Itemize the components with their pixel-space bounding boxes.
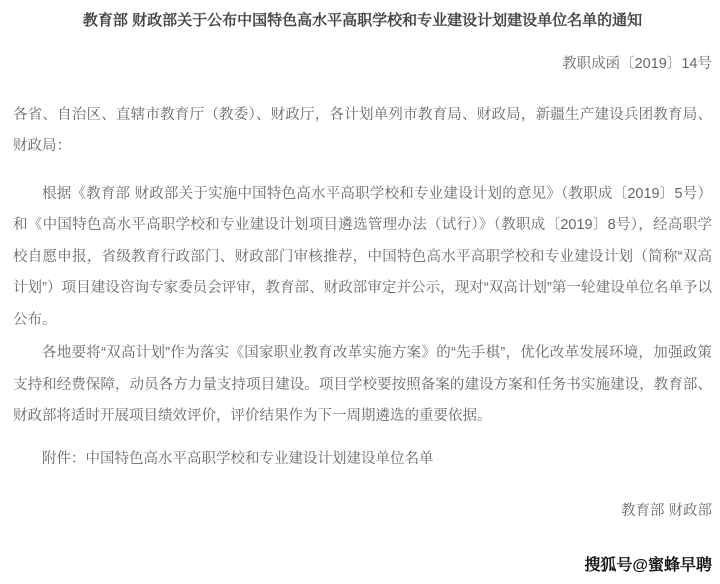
document-title: 教育部 财政部关于公布中国特色高水平高职学校和专业建设计划建设单位名单的通知 [13,6,712,36]
document-number: 教职成函〔2019〕14号 [13,49,712,81]
sohu-account-watermark: 搜狐号@蜜蜂早聘 [13,550,712,582]
attachment-line: 附件：中国特色高水平高职学校和专业建设计划建设单位名单 [13,444,712,476]
recipients-line: 各省、自治区、直辖市教育厅（教委）、财政厅，各计划单列市教育局、财政局，新疆生产… [13,100,712,163]
notice-document: 教育部 财政部关于公布中国特色高水平高职学校和专业建设计划建设单位名单的通知 教… [0,0,720,584]
issuer-signature: 教育部 财政部 [13,496,712,528]
paragraph-selection-basis: 根据《教育部 财政部关于实施中国特色高水平高职学校和专业建设计划的意见》（教职成… [13,179,712,337]
paragraph-implementation-requirements: 各地要将“双高计划”作为落实《国家职业教育改革实施方案》的“先手棋”，优化改革发… [13,338,712,433]
